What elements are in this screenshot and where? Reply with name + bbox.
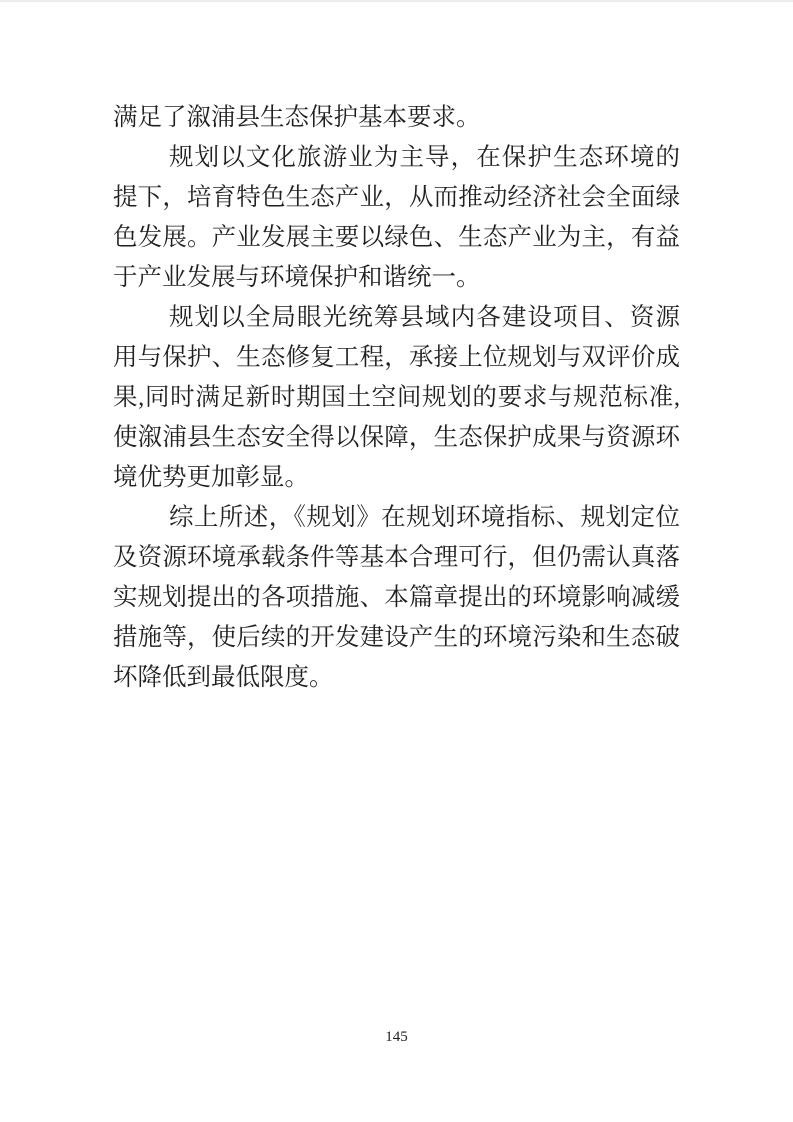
text-line: 及资源环境承载条件等基本合理可行，但仍需认真落 <box>113 538 680 578</box>
page-number: 145 <box>0 1026 793 1048</box>
text-line: 坏降低到最低限度。 <box>113 658 680 698</box>
document-text-block: 满足了溆浦县生态保护基本要求。规划以文化旅游业为主导，在保护生态环境的前提下，培… <box>113 98 680 698</box>
text-line: 于产业发展与环境保护和谐统一。 <box>113 258 680 298</box>
text-line: 满足了溆浦县生态保护基本要求。 <box>113 98 680 138</box>
text-line: 规划以全局眼光统筹县域内各建设项目、资源利 <box>113 298 680 338</box>
text-line: 措施等，使后续的开发建设产生的环境污染和生态破 <box>113 618 680 658</box>
text-line: 用与保护、生态修复工程，承接上位规划与双评价成 <box>113 338 680 378</box>
page-top-edge-line <box>0 0 793 2</box>
text-line: 色发展。产业发展主要以绿色、生态产业为主，有益 <box>113 218 680 258</box>
text-line: 实规划提出的各项措施、本篇章提出的环境影响减缓 <box>113 578 680 618</box>
text-line: 提下，培育特色生态产业，从而推动经济社会全面绿 <box>113 178 680 218</box>
text-line: 果,同时满足新时期国土空间规划的要求与规范标准, <box>113 378 680 418</box>
text-line: 规划以文化旅游业为主导，在保护生态环境的前 <box>113 138 680 178</box>
text-line: 使溆浦县生态安全得以保障，生态保护成果与资源环 <box>113 418 680 458</box>
text-line: 综上所述，《规划》在规划环境指标、规划定位 <box>113 498 680 538</box>
text-line: 境优势更加彰显。 <box>113 458 680 498</box>
document-page: 满足了溆浦县生态保护基本要求。规划以文化旅游业为主导，在保护生态环境的前提下，培… <box>0 0 793 1122</box>
